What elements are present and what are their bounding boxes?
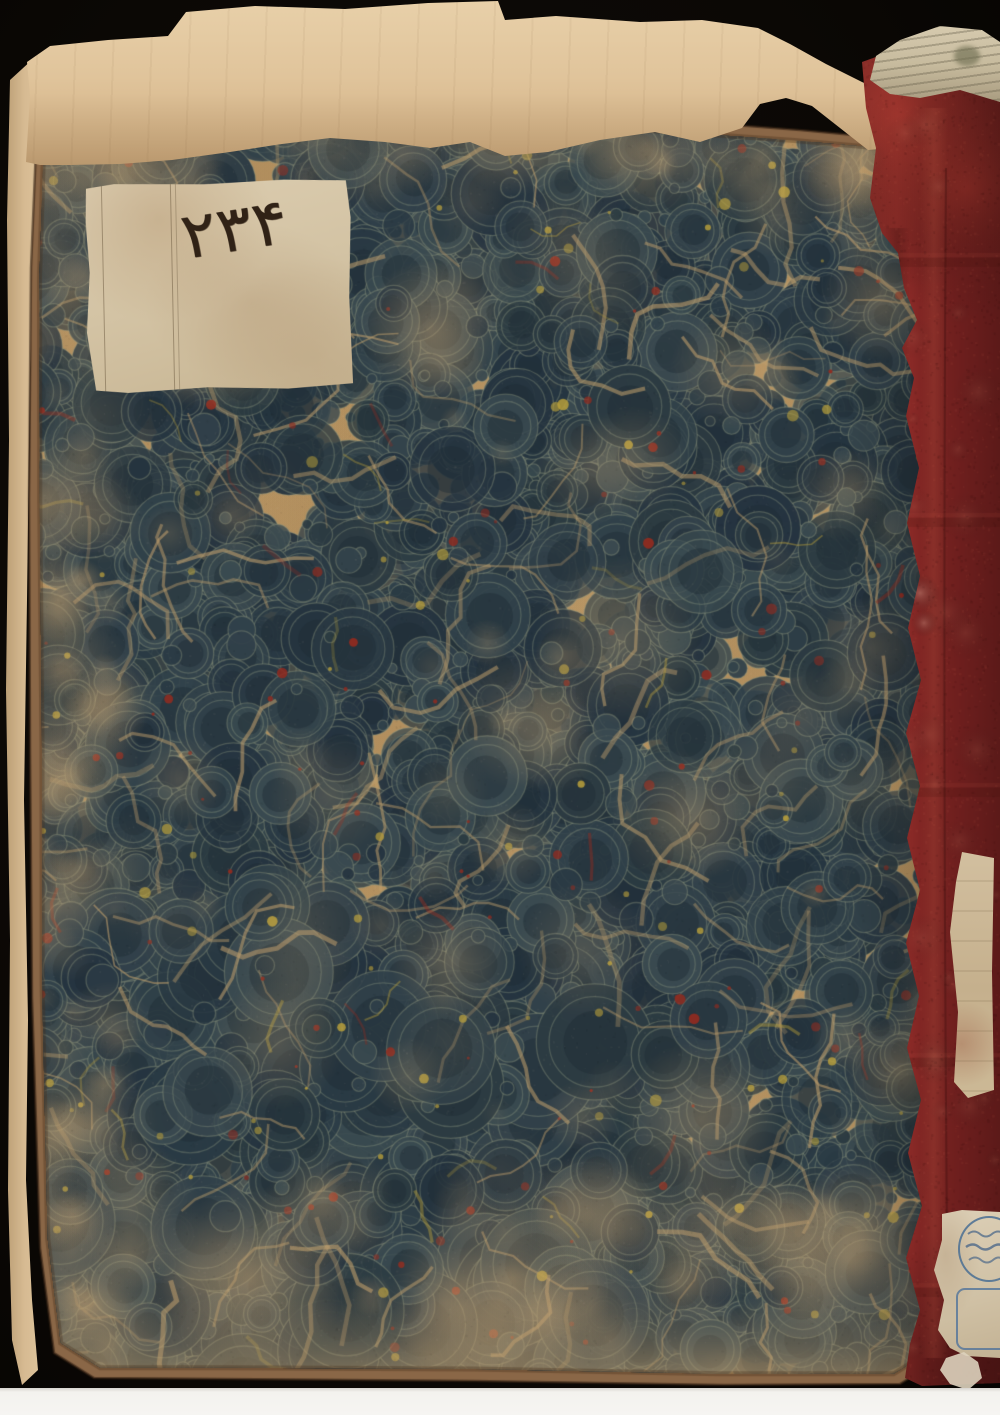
- stamp-oval: [958, 1216, 1000, 1282]
- stamp-script-icon: [960, 1218, 1000, 1280]
- scanner-bed-strip: [0, 1388, 1000, 1415]
- stain-spot: [954, 46, 980, 66]
- stamp-border: [956, 1288, 1000, 1350]
- stamp-label: [932, 1210, 1000, 1358]
- scan-background: ۲۳۴: [0, 0, 1000, 1415]
- label-ruling-line: [170, 181, 175, 393]
- label-number: ۲۳۴: [176, 190, 292, 270]
- label-ruling-line: [101, 182, 106, 394]
- shelf-label: ۲۳۴: [84, 177, 354, 395]
